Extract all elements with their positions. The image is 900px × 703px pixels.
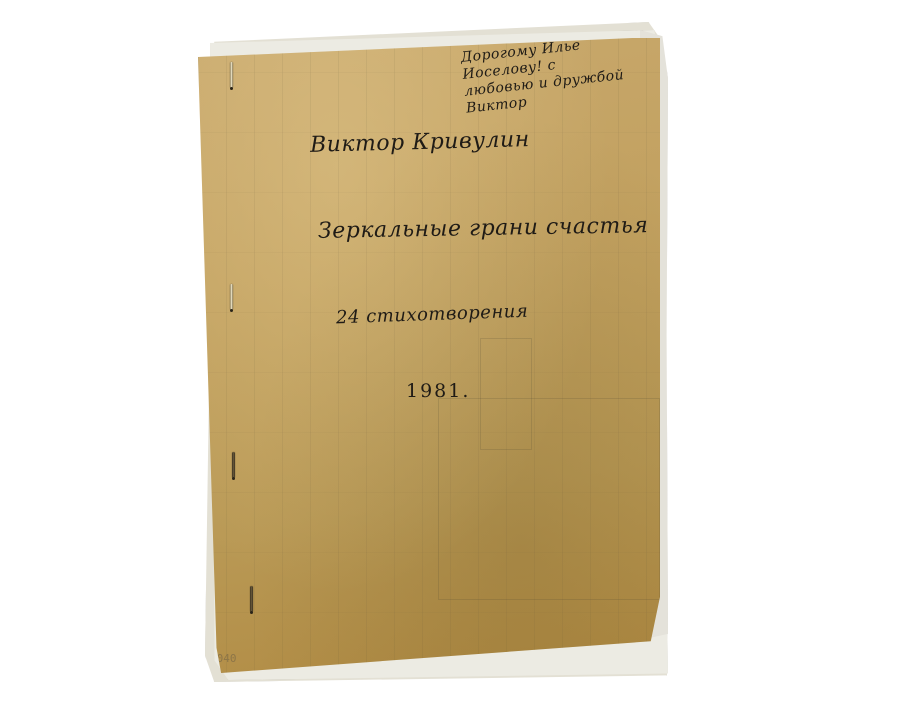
staple [250, 586, 253, 612]
photo-scene: Дорогому Илье Иоселову! с любовью и друж… [0, 0, 900, 703]
staple [230, 284, 233, 310]
show-through-box [438, 398, 660, 600]
staple [232, 452, 235, 478]
staple [230, 62, 233, 88]
manuscript-cover: Дорогому Илье Иоселову! с любовью и друж… [198, 38, 660, 673]
year: 1981. [406, 380, 470, 402]
